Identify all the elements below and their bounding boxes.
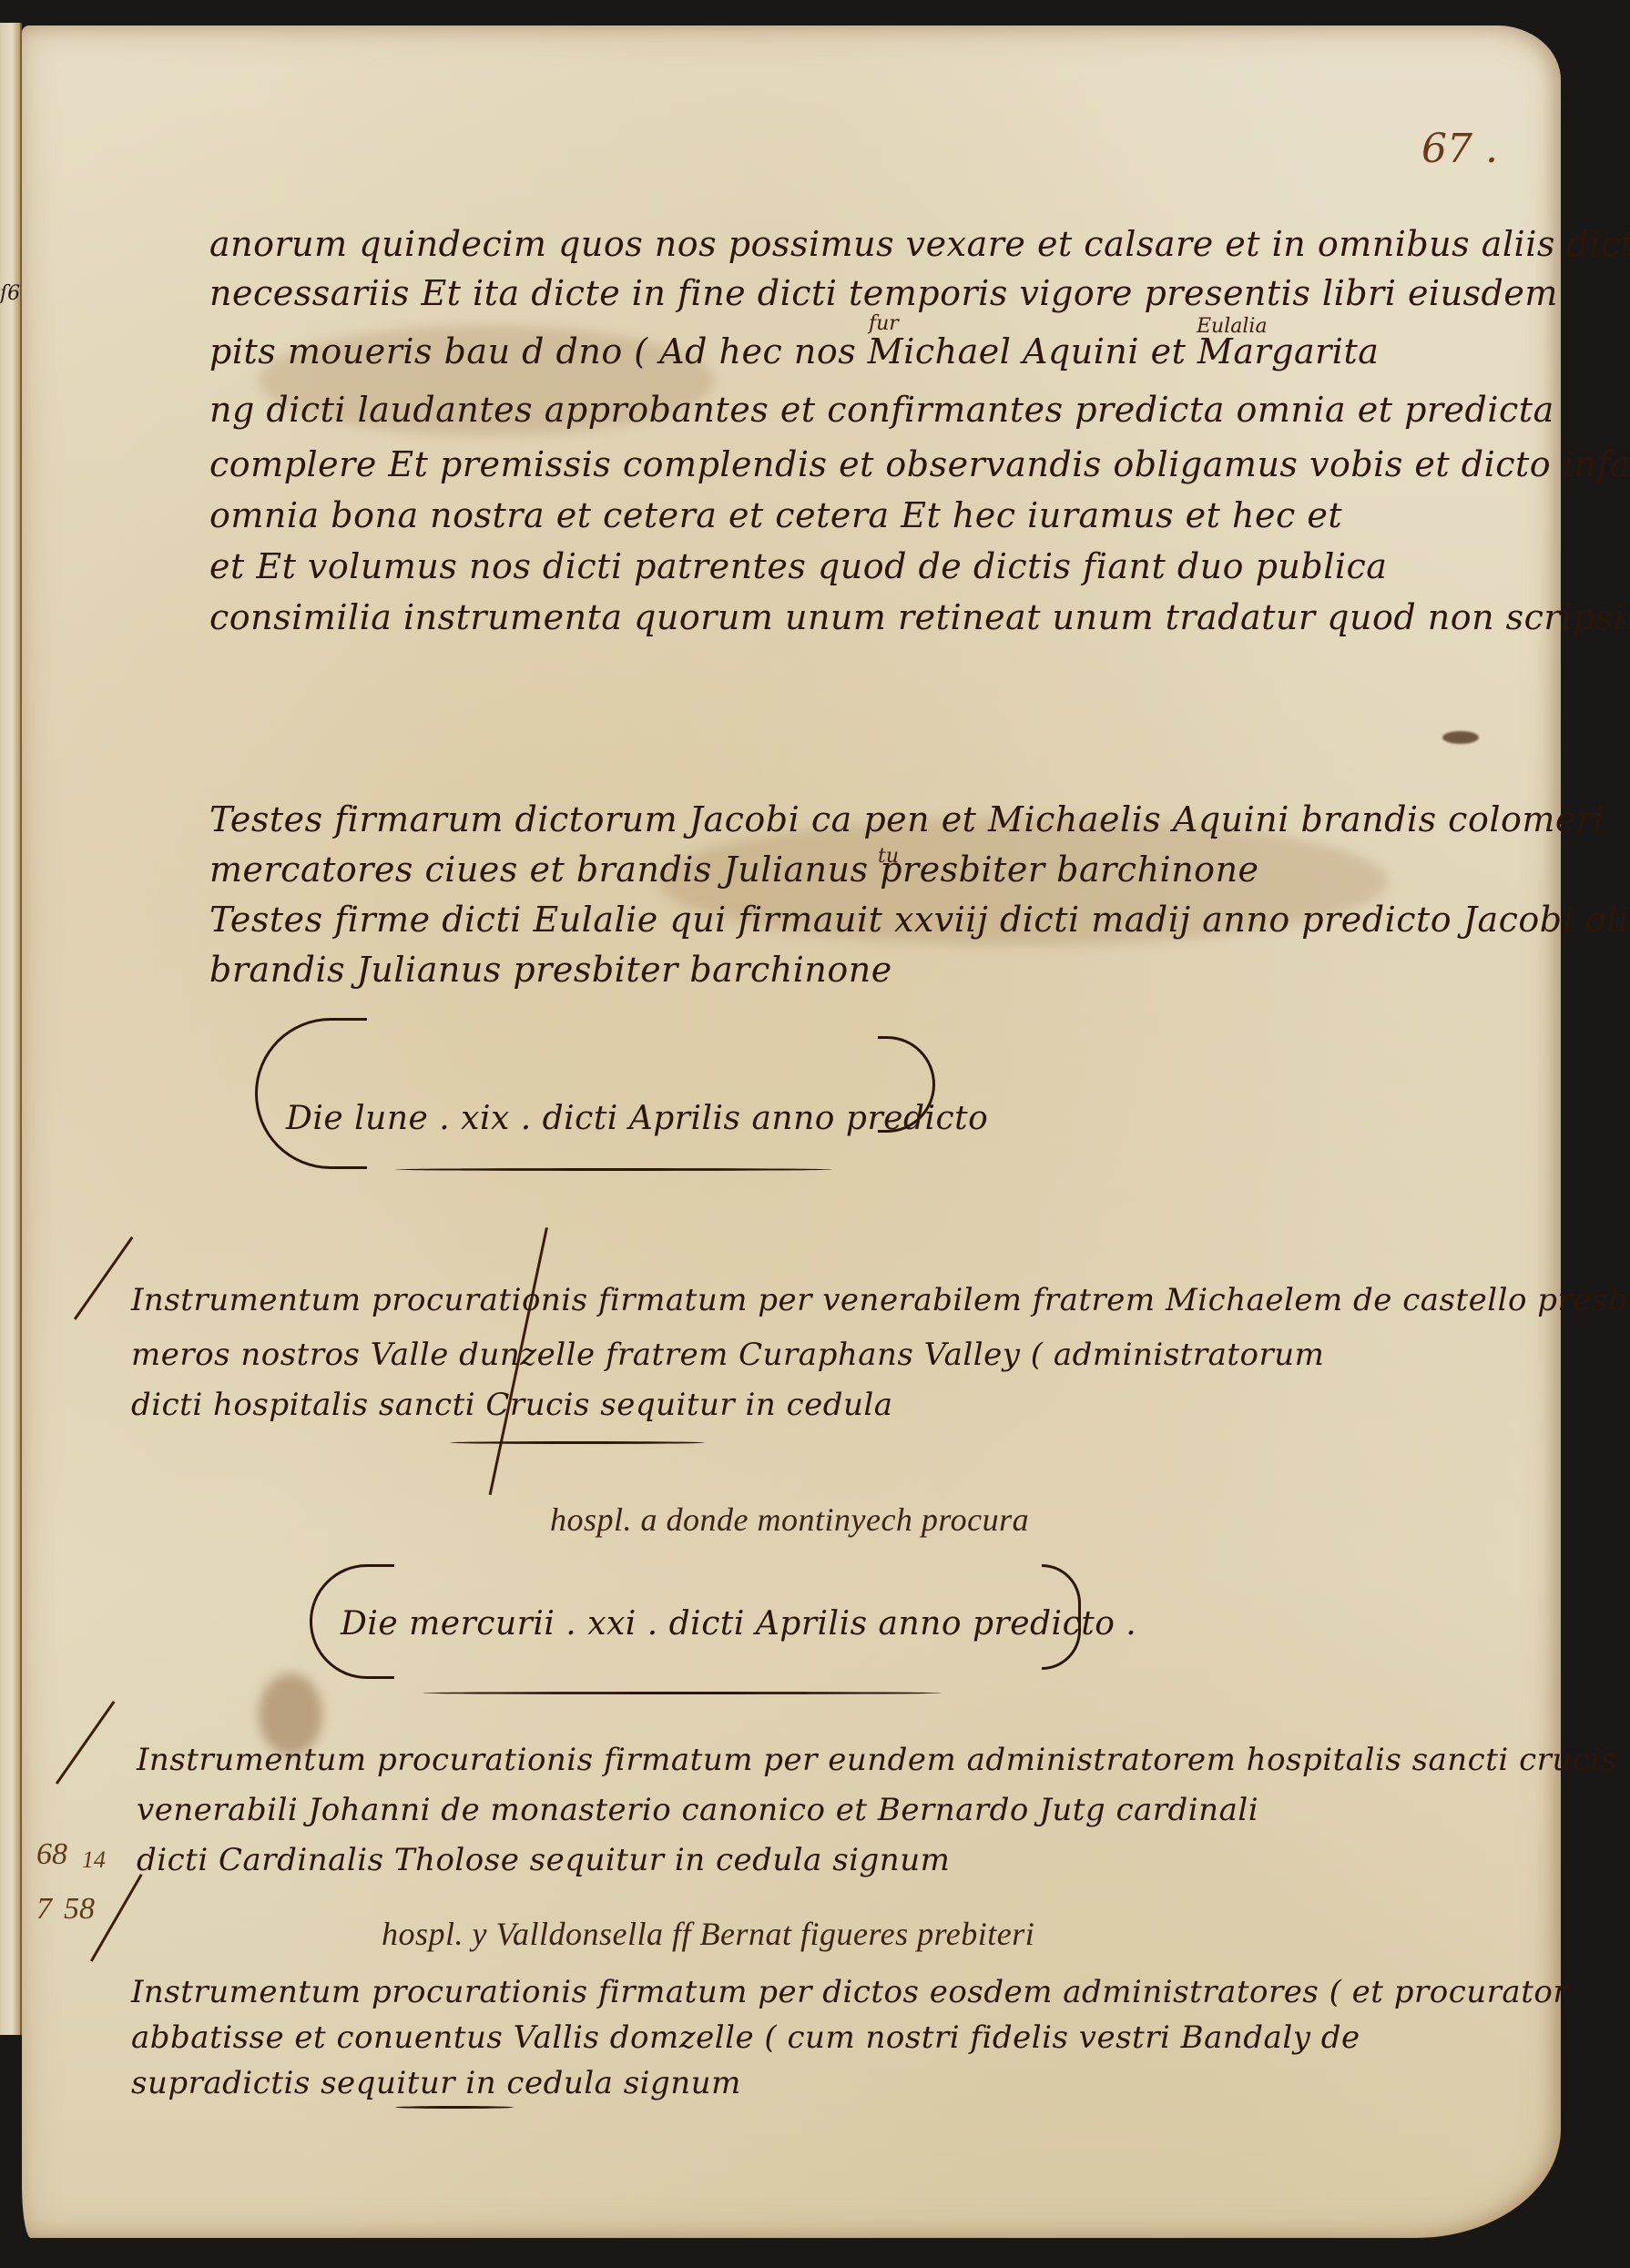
margin-flourish: [56, 1701, 116, 1785]
text-line: omnia bona nostra et cetera et cetera Et…: [209, 495, 1342, 535]
text-line: pits moueris bau d dno ( Ad hec nos Mich…: [209, 331, 1379, 371]
text-line: Testes firmarum dictorum Jacobi ca pen e…: [209, 799, 1605, 839]
margin-number: 7: [36, 1892, 52, 1927]
margin-flourish: [90, 1874, 143, 1962]
heading-flourish: [395, 1168, 832, 1171]
margin-number: 68: [36, 1837, 67, 1872]
heading-flourish: [423, 1692, 942, 1694]
marginal-annotation: hospl. a donde montinyech procura: [550, 1500, 1029, 1539]
folio-number: 67 .: [1421, 126, 1498, 172]
marginal-annotation: hospl. y Valldonsella ff Bernat figueres…: [382, 1915, 1034, 1953]
facing-page-mark: ſ6: [0, 282, 20, 305]
text-line: dicti Cardinalis Tholose sequitur in ced…: [137, 1842, 950, 1878]
text-line: Instrumentum procurationis firmatum per …: [131, 1974, 1568, 2010]
date-heading: Die mercurii . xxi . dicti Aprilis anno …: [341, 1605, 1136, 1643]
margin-number: 14: [82, 1846, 106, 1874]
margin-flourish: [74, 1236, 134, 1320]
heading-bracket-left: [255, 1018, 367, 1169]
text-line: venerabili Johanni de monasterio canonic…: [137, 1792, 1258, 1828]
text-line: consimilia instrumenta quorum unum retin…: [209, 597, 1630, 637]
date-heading: Die lune . xix . dicti Aprilis anno pred…: [286, 1100, 988, 1137]
text-line: meros nostros Valle dunzelle fratrem Cur…: [131, 1337, 1324, 1373]
text-line: supradictis sequitur in cedula signum: [131, 2065, 741, 2101]
text-line: anorum quindecim quos nos possimus vexar…: [209, 224, 1630, 264]
text-line: Instrumentum procurationis firmatum per …: [137, 1742, 1617, 1778]
facing-page-edge: ſ6: [0, 23, 22, 2035]
manuscript-folio: 67 . anorum quindecim quos nos possimus …: [22, 25, 1561, 2238]
text-line: Instrumentum procurationis firmatum per …: [131, 1282, 1630, 1318]
text-line: dicti hospitalis sancti Crucis sequitur …: [131, 1387, 893, 1423]
margin-number: 58: [64, 1892, 95, 1927]
entry-underline: [450, 1441, 705, 1444]
entry-underline: [395, 2106, 514, 2109]
text-line: Testes firme dicti Eulalie qui firmauit …: [209, 900, 1630, 940]
text-line: necessariis Et ita dicte in fine dicti t…: [209, 273, 1558, 313]
text-line: mercatores ciues et brandis Julianus pre…: [209, 849, 1259, 890]
text-line: ng dicti laudantes approbantes et confir…: [209, 390, 1554, 430]
text-line: complere Et premissis complendis et obse…: [209, 444, 1630, 484]
text-line: abbatisse et conuentus Vallis domzelle (…: [131, 2019, 1360, 2056]
text-line: brandis Julianus presbiter barchinone: [209, 950, 892, 990]
text-line: et Et volumus nos dicti patrentes quod d…: [209, 546, 1387, 586]
